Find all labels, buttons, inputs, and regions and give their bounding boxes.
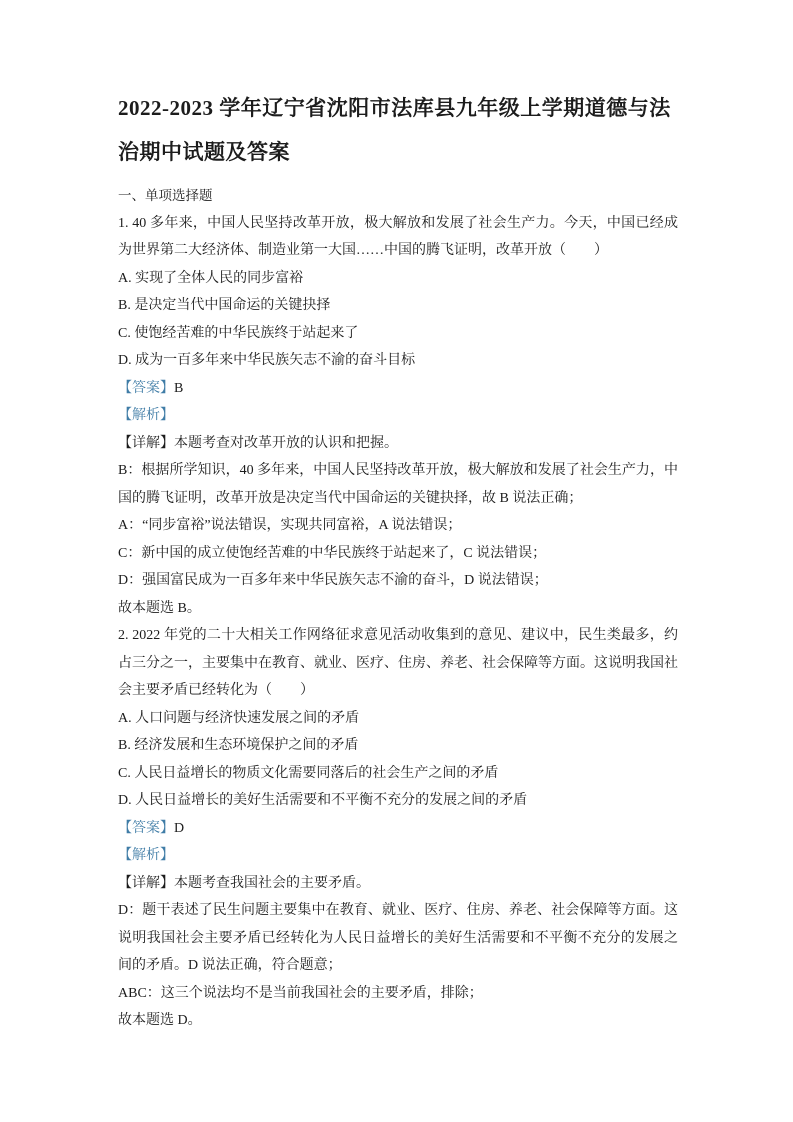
question-2-option-d: D. 人民日益增长的美好生活需要和不平衡不充分的发展之间的矛盾	[118, 787, 678, 815]
line-text: D：强国富民成为一百多年来中华民族矢志不渝的奋斗，D 说法错误；	[118, 573, 548, 588]
line-text: 间的矛盾。D 说法正确，符合题意；	[118, 958, 342, 973]
line-text: ABC：这三个说法均不是当前我国社会的主要矛盾，排除；	[118, 986, 483, 1001]
line-text: 【详解】本题考查对改革开放的认识和把握。	[118, 436, 398, 451]
line-text: C：新中国的成立使饱经苦难的中华民族终于站起来了，C 说法错误；	[118, 546, 546, 561]
line-text: D. 人民日益增长的美好生活需要和不平衡不充分的发展之间的矛盾	[118, 793, 527, 808]
line-text: 故本题选 B。	[118, 601, 201, 616]
question-2-stem-line-3: 会主要矛盾已经转化为（ ）	[118, 677, 678, 705]
question-1-explain-b-line-1: B：根据所学知识，40 多年来，中国人民坚持改革开放，极大解放和发展了社会生产力…	[118, 457, 678, 485]
question-1-option-a: A. 实现了全体人民的同步富裕	[118, 265, 678, 293]
document-body: 1. 40 多年来，中国人民坚持改革开放，极大解放和发展了社会生产力。今天，中国…	[118, 210, 678, 1035]
title-line-2: 治期中试题及答案	[118, 130, 678, 174]
line-text: A：“同步富裕”说法错误，实现共同富裕，A 说法错误；	[118, 518, 461, 533]
document-title: 2022-2023 学年辽宁省沈阳市法库县九年级上学期道德与法 治期中试题及答案	[118, 86, 678, 174]
question-1-option-b: B. 是决定当代中国命运的关键抉择	[118, 292, 678, 320]
question-2-option-b: B. 经济发展和生态环境保护之间的矛盾	[118, 732, 678, 760]
question-1-option-c: C. 使饱经苦难的中华民族终于站起来了	[118, 320, 678, 348]
line-text: 会主要矛盾已经转化为（ ）	[118, 683, 314, 698]
line-text: 说明我国社会主要矛盾已经转化为人民日益增长的美好生活需要和不平衡不充分的发展之	[118, 931, 678, 946]
line-text: A. 人口问题与经济快速发展之间的矛盾	[118, 711, 359, 726]
question-2-explain-d-line-1: D：题干表述了民生问题主要集中在教育、就业、医疗、住房、养老、社会保障等方面。这	[118, 897, 678, 925]
line-text: 【详解】本题考查我国社会的主要矛盾。	[118, 876, 370, 891]
line-text: D：题干表述了民生问题主要集中在教育、就业、医疗、住房、养老、社会保障等方面。这	[118, 903, 678, 918]
section-heading: 一、单项选择题	[118, 182, 678, 210]
question-2-stem-line-2: 占三分之一，主要集中在教育、就业、医疗、住房、养老、社会保障等方面。这说明我国社	[118, 650, 678, 678]
question-2-analysis-label: 【解析】	[118, 842, 678, 870]
question-2-option-c: C. 人民日益增长的物质文化需要同落后的社会生产之间的矛盾	[118, 760, 678, 788]
line-text: B. 经济发展和生态环境保护之间的矛盾	[118, 738, 358, 753]
question-1-stem-line-2: 为世界第二大经济体、制造业第一大国……中国的腾飞证明，改革开放（ ）	[118, 237, 678, 265]
question-2-explain-d-line-3: 间的矛盾。D 说法正确，符合题意；	[118, 952, 678, 980]
question-2-detail: 【详解】本题考查我国社会的主要矛盾。	[118, 870, 678, 898]
question-2-answer: 【答案】D	[118, 815, 678, 843]
line-text: 故本题选 D。	[118, 1013, 202, 1028]
line-text: D. 成为一百多年来中华民族矢志不渝的奋斗目标	[118, 353, 415, 368]
line-text: A. 实现了全体人民的同步富裕	[118, 271, 303, 286]
question-1-detail: 【详解】本题考查对改革开放的认识和把握。	[118, 430, 678, 458]
question-1-explain-d: D：强国富民成为一百多年来中华民族矢志不渝的奋斗，D 说法错误；	[118, 567, 678, 595]
question-1-analysis-label: 【解析】	[118, 402, 678, 430]
line-text: B：根据所学知识，40 多年来，中国人民坚持改革开放，极大解放和发展了社会生产力…	[118, 463, 678, 478]
line-text: 1. 40 多年来，中国人民坚持改革开放，极大解放和发展了社会生产力。今天，中国…	[118, 216, 678, 231]
bracket-marker: 【答案】	[118, 821, 174, 836]
question-1-option-d: D. 成为一百多年来中华民族矢志不渝的奋斗目标	[118, 347, 678, 375]
question-2-option-a: A. 人口问题与经济快速发展之间的矛盾	[118, 705, 678, 733]
line-text: C. 使饱经苦难的中华民族终于站起来了	[118, 326, 358, 341]
line-text: 国的腾飞证明，改革开放是决定当代中国命运的关键抉择，故 B 说法正确；	[118, 491, 582, 506]
document-page: 2022-2023 学年辽宁省沈阳市法库县九年级上学期道德与法 治期中试题及答案…	[0, 0, 793, 1122]
question-1-explain-c: C：新中国的成立使饱经苦难的中华民族终于站起来了，C 说法错误；	[118, 540, 678, 568]
question-1-explain-a: A：“同步富裕”说法错误，实现共同富裕，A 说法错误；	[118, 512, 678, 540]
line-text: D	[174, 821, 184, 836]
line-text: B	[174, 381, 183, 396]
question-1-conclusion: 故本题选 B。	[118, 595, 678, 623]
line-text: 2. 2022 年党的二十大相关工作网络征求意见活动收集到的意见、建议中，民生类…	[118, 628, 678, 643]
line-text: B. 是决定当代中国命运的关键抉择	[118, 298, 330, 313]
bracket-marker: 【解析】	[118, 848, 174, 863]
question-1-answer: 【答案】B	[118, 375, 678, 403]
line-text: C. 人民日益增长的物质文化需要同落后的社会生产之间的矛盾	[118, 766, 498, 781]
question-2-explain-d-line-2: 说明我国社会主要矛盾已经转化为人民日益增长的美好生活需要和不平衡不充分的发展之	[118, 925, 678, 953]
question-2-stem-line-1: 2. 2022 年党的二十大相关工作网络征求意见活动收集到的意见、建议中，民生类…	[118, 622, 678, 650]
line-text: 为世界第二大经济体、制造业第一大国……中国的腾飞证明，改革开放（ ）	[118, 243, 608, 258]
bracket-marker: 【解析】	[118, 408, 174, 423]
title-line-1: 2022-2023 学年辽宁省沈阳市法库县九年级上学期道德与法	[118, 86, 678, 130]
question-2-conclusion: 故本题选 D。	[118, 1007, 678, 1035]
question-1-explain-b-line-2: 国的腾飞证明，改革开放是决定当代中国命运的关键抉择，故 B 说法正确；	[118, 485, 678, 513]
line-text: 占三分之一，主要集中在教育、就业、医疗、住房、养老、社会保障等方面。这说明我国社	[118, 656, 678, 671]
bracket-marker: 【答案】	[118, 381, 174, 396]
question-1-stem-line-1: 1. 40 多年来，中国人民坚持改革开放，极大解放和发展了社会生产力。今天，中国…	[118, 210, 678, 238]
question-2-explain-abc: ABC：这三个说法均不是当前我国社会的主要矛盾，排除；	[118, 980, 678, 1008]
